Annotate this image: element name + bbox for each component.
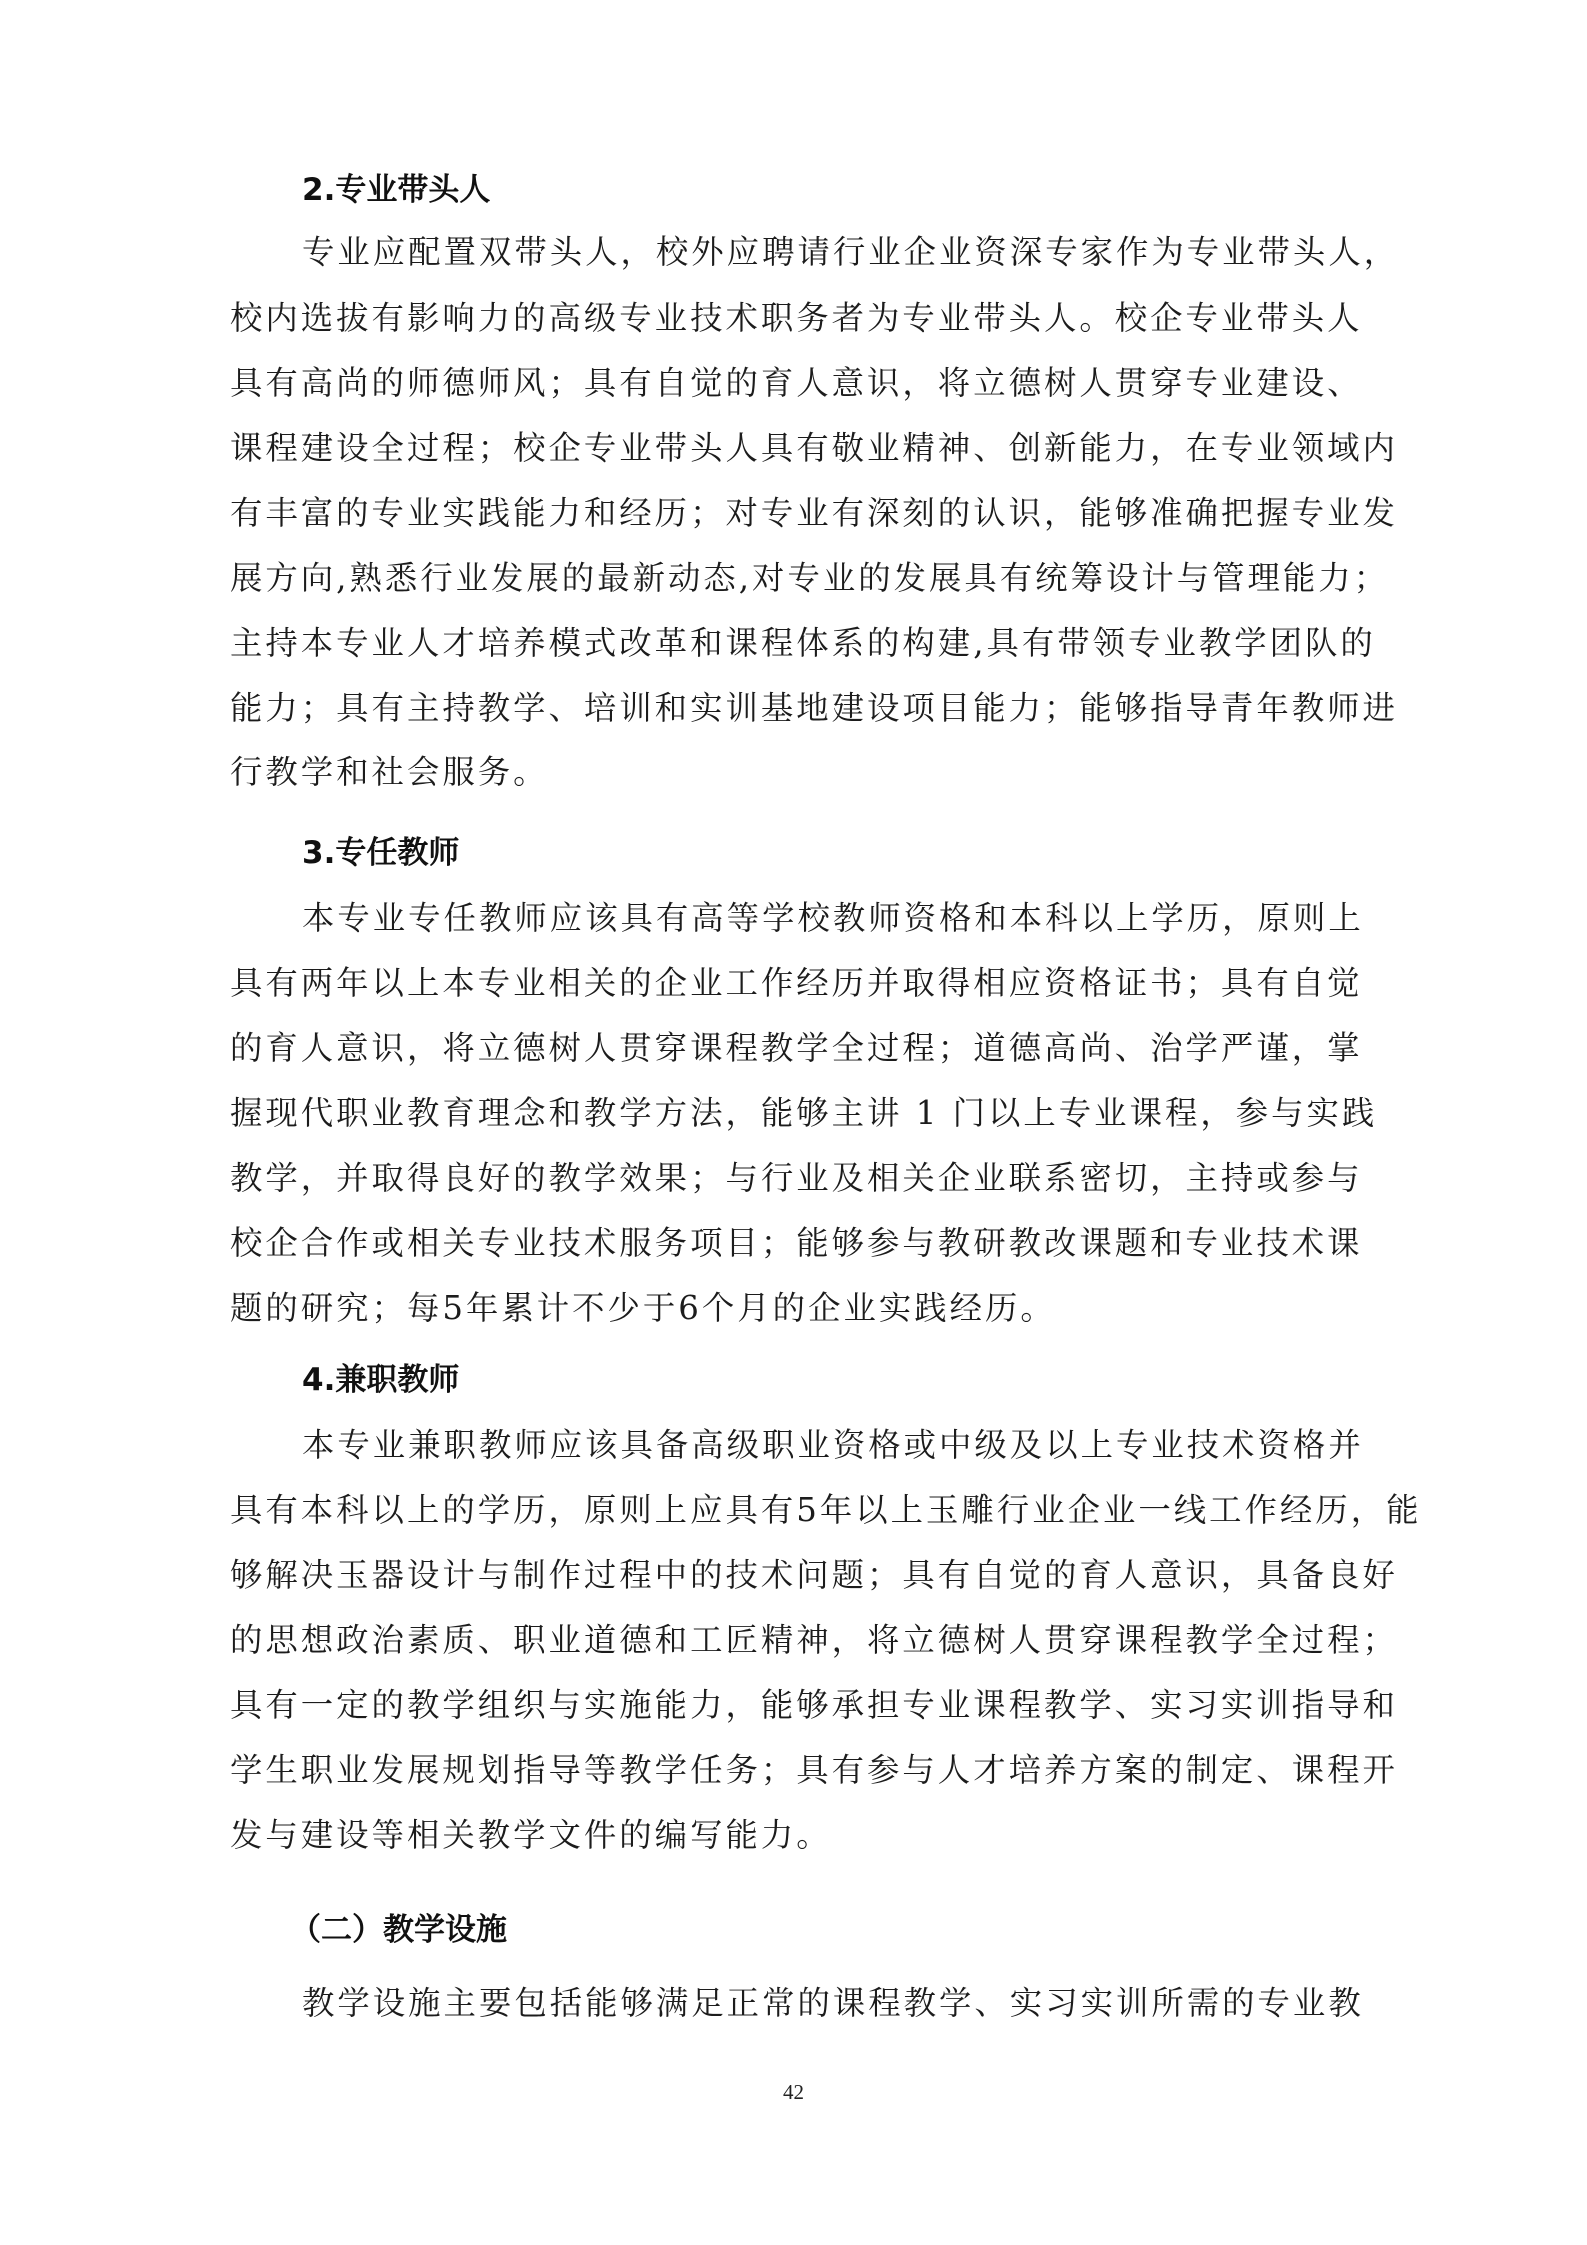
paragraph-line: 专业应配置双带头人，校外应聘请行业企业资深专家作为专业带头人，	[302, 232, 1399, 272]
section-heading-teaching-facilities: （二）教学设施	[290, 1910, 507, 1950]
paragraph-line: 教学，并取得良好的教学效果；与行业及相关企业联系密切，主持或参与	[230, 1158, 1363, 1198]
paragraph-line: 具有本科以上的学历，原则上应具有5年以上玉雕行业企业一线工作经历，能	[230, 1490, 1422, 1530]
paragraph-line: 本专业兼职教师应该具备高级职业资格或中级及以上专业技术资格并	[302, 1425, 1364, 1465]
paragraph-line: 校企合作或相关专业技术服务项目；能够参与教研教改课题和专业技术课	[230, 1223, 1363, 1263]
paragraph-line: 够解决玉器设计与制作过程中的技术问题；具有自觉的育人意识，具备良好	[230, 1555, 1398, 1595]
paragraph-line: 具有高尚的师德师风；具有自觉的育人意识，将立德树人贯穿专业建设、	[230, 363, 1363, 403]
paragraph-line: 题的研究；每5年累计不少于6个月的企业实践经历。	[230, 1288, 1056, 1328]
paragraph-line: 主持本专业人才培养模式改革和课程体系的构建,具有带领专业教学团队的	[230, 623, 1376, 663]
paragraph-line: 能力；具有主持教学、培训和实训基地建设项目能力；能够指导青年教师进	[230, 688, 1398, 728]
page-number: 42	[0, 2080, 1587, 2105]
paragraph-line: 本专业专任教师应该具有高等学校教师资格和本科以上学历，原则上	[302, 898, 1364, 938]
paragraph-line: 有丰富的专业实践能力和经历；对专业有深刻的认识，能够准确把握专业发	[230, 493, 1398, 533]
paragraph-line: 展方向,熟悉行业发展的最新动态,对专业的发展具有统筹设计与管理能力；	[230, 558, 1389, 598]
paragraph-line: 握现代职业教育理念和教学方法，能够主讲 1 门以上专业课程，参与实践	[230, 1093, 1377, 1133]
section-heading-lead-teacher: 2.专业带头人	[302, 170, 490, 210]
paragraph-line: 具有两年以上本专业相关的企业工作经历并取得相应资格证书；具有自觉	[230, 963, 1363, 1003]
paragraph-line: 教学设施主要包括能够满足正常的课程教学、实习实训所需的专业教	[302, 1983, 1364, 2023]
section-heading-full-time-teachers: 3.专任教师	[302, 833, 459, 873]
paragraph-line: 行教学和社会服务。	[230, 752, 549, 792]
section-heading-part-time-teachers: 4.兼职教师	[302, 1360, 459, 1400]
paragraph-line: 课程建设全过程；校企专业带头人具有敬业精神、创新能力，在专业领域内	[230, 428, 1398, 468]
paragraph-line: 学生职业发展规划指导等教学任务；具有参与人才培养方案的制定、课程开	[230, 1750, 1398, 1790]
paragraph-line: 的育人意识，将立德树人贯穿课程教学全过程；道德高尚、治学严谨，掌	[230, 1028, 1363, 1068]
paragraph-line: 校内选拔有影响力的高级专业技术职务者为专业带头人。校企专业带头人	[230, 298, 1363, 338]
paragraph-line: 具有一定的教学组织与实施能力，能够承担专业课程教学、实习实训指导和	[230, 1685, 1398, 1725]
paragraph-line: 发与建设等相关教学文件的编写能力。	[230, 1815, 832, 1855]
paragraph-line: 的思想政治素质、职业道德和工匠精神，将立德树人贯穿课程教学全过程；	[230, 1620, 1398, 1660]
